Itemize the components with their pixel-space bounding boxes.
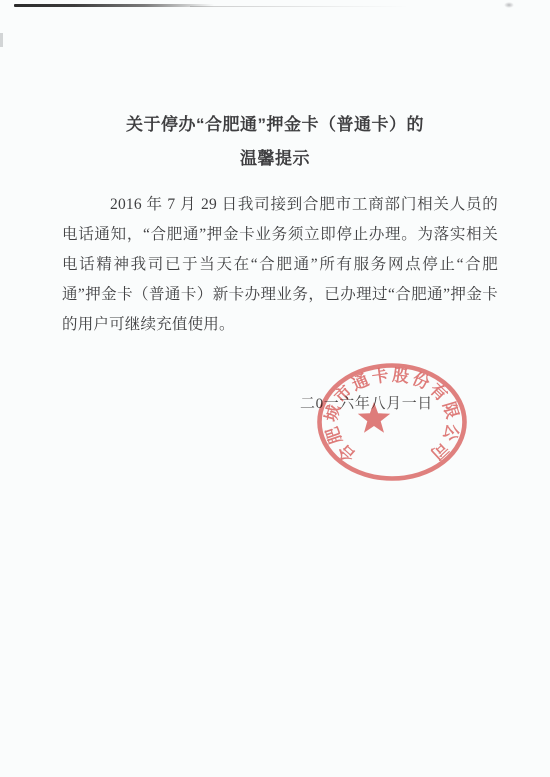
company-seal-stamp: 合肥城市通卡股份有限公司 [310, 358, 474, 486]
star-icon [358, 402, 390, 433]
notice-body-paragraph: 2016 年 7 月 29 日我司接到合肥市工商部门相关人员的电话通知，“合肥通… [62, 190, 498, 340]
notice-title: 关于停办“合肥通”押金卡（普通卡）的 温馨提示 [40, 108, 510, 176]
scanned-notice-page: 关于停办“合肥通”押金卡（普通卡）的 温馨提示 2016 年 7 月 29 日我… [0, 0, 550, 777]
scan-artifact-speck [504, 2, 514, 8]
scan-artifact-edge-mark [0, 33, 3, 47]
notice-title-line1: 关于停办“合肥通”押金卡（普通卡）的 [40, 108, 510, 142]
scan-artifact-line [14, 4, 214, 7]
scan-artifact-faint-line [190, 6, 410, 7]
notice-title-line2: 温馨提示 [40, 142, 510, 176]
